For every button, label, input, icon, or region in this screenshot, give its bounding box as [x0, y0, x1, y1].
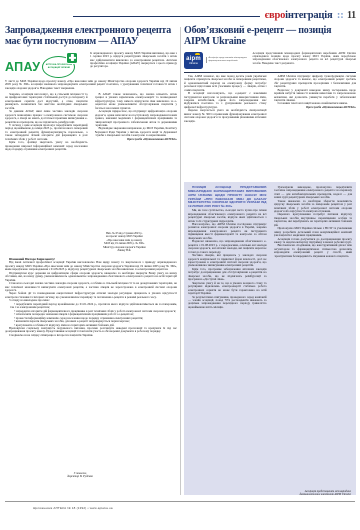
footer-text: Щотижневик АПТЕКА № 18 (1392) • www.apte… — [33, 506, 355, 510]
right-article: Обов’язковий е-рецепт — позиція AIPM Ukr… — [184, 23, 356, 495]
letter-signoff: З повагоюдиректор В. Руденко — [5, 472, 151, 479]
letter-body: Від імені Аптечної професійної асоціації… — [5, 261, 177, 302]
left-article-column-1: Зокрема, асоціація наголошує, що в сільс… — [5, 93, 88, 223]
position-column-2: Ураховуючи викладене, пропонуємо передба… — [274, 186, 353, 495]
footer-rule — [5, 501, 355, 502]
official-letter: Вих. № 63 від 2 травня 2023 р.на проєкт … — [5, 230, 177, 480]
position-title: ПОЗИЦІЯ АСОЦІАЦІЇ ПРЕДСТАВНИКІВ МІЖНАРОД… — [188, 186, 267, 209]
left-article-title: Запровадження електронного рецепта має б… — [5, 26, 177, 48]
left-article-lead-row: АПАУ Аптечна професійна асоціація Україн… — [5, 52, 177, 78]
position-column-1: ПОЗИЦІЯ АСОЦІАЦІЇ ПРЕДСТАВНИКІВ МІЖНАРОД… — [188, 186, 267, 495]
right-article-column-1: Так, AIPM зазначає, що вже понад десять … — [184, 75, 267, 177]
position-signature: Асоціація представників міжнароднихфарма… — [300, 490, 351, 495]
apau-logo: АПАУ Аптечна професійна асоціація Україн… — [5, 52, 85, 78]
page-footer: Щотижневик АПТЕКА № 18 (1392) • www.apte… — [5, 501, 355, 510]
page-header: євроінтеграція :: 11 — [0, 0, 360, 21]
section-label-euro: євро — [265, 10, 286, 21]
page-number: 11 — [347, 10, 356, 21]
intro-divider — [184, 72, 356, 73]
newspaper-page: євроінтеграція :: 11 Запровадження елект… — [0, 0, 360, 530]
apau-logo-caption: Аптечна професійна асоціація України — [43, 64, 74, 69]
left-article-lead: Із оприлюдненого проєкту наказу МОЗ Укра… — [90, 52, 177, 78]
aipm-logo: aipm Ukraine Асоціація представників між… — [184, 52, 249, 69]
right-article-intro: Асоціація представників міжнародних фарм… — [253, 52, 357, 69]
letter-meta: Вих. № 63 від 2 травня 2023 р.на проєкт … — [80, 232, 169, 253]
right-article-lead-row: aipm Ukraine Асоціація представників між… — [184, 52, 356, 69]
aipm-logo-caption: Асоціація представників міжнародних фарм… — [206, 57, 249, 62]
left-article-lead-wide: У листі до МОЗ України щодо проєкту нака… — [5, 80, 177, 90]
letter-closing: Враховуючи соціальну значущість порушено… — [5, 327, 177, 337]
aipm-logo-mark: aipm Ukraine — [184, 52, 203, 69]
position-box: ПОЗИЦІЯ АСОЦІАЦІЇ ПРЕДСТАВНИКІВ МІЖНАРОД… — [184, 182, 356, 495]
right-article-title: Обов’язковий е-рецепт — позиція AIPM Ukr… — [184, 26, 356, 48]
press-signature: Пресслужба «Щотижневика АПТЕКА» — [274, 106, 357, 109]
pharmacy-cross-icon — [66, 52, 78, 64]
press-signature: Пресслужба «Щотижневика АПТЕКА» — [95, 138, 178, 141]
header-rule — [73, 16, 260, 17]
section-label-integration: інтеграція — [285, 10, 332, 21]
column-divider — [180, 27, 181, 495]
right-article-column-2: AIPM Ukraine підтримує цифрову трансформ… — [274, 75, 357, 177]
section-label: євроінтеграція :: 11 — [265, 10, 356, 21]
aipm-arc-icon — [195, 53, 200, 56]
left-article-columns: Зокрема, асоціація наголошує, що в сільс… — [5, 93, 177, 223]
section-separator: :: — [335, 10, 345, 21]
right-article-columns: Так, AIPM зазначає, що вже понад десять … — [184, 75, 356, 177]
left-article: Запровадження електронного рецепта має б… — [5, 23, 177, 495]
letter-bullets: • передбачити перехідний період щонаймен… — [5, 303, 177, 327]
apau-logo-text: АПАУ — [5, 60, 40, 74]
left-article-column-2: В АПАУ також зазначають, що значна кільк… — [95, 93, 178, 223]
page-content: Запровадження електронного рецепта має б… — [0, 21, 360, 495]
apau-logo-oval: Аптечна професійна асоціація України — [42, 56, 75, 78]
